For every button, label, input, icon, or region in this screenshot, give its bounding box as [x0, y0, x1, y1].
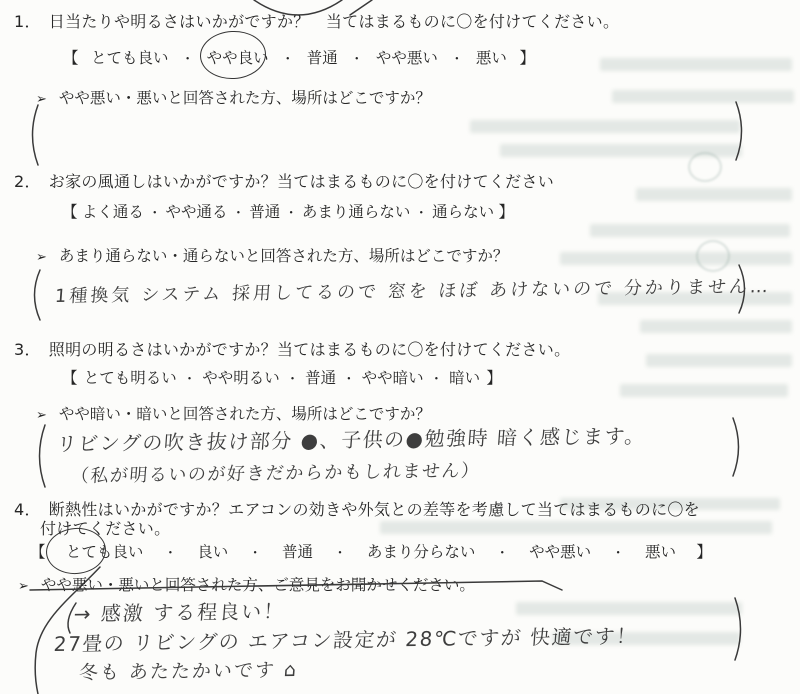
bleedthrough-text-smudge — [640, 320, 792, 333]
option-separator-dot: ・ — [285, 202, 298, 221]
option-q1-yaya-warui: やや悪い — [376, 46, 438, 68]
question-3-title: 3．照明の明るさはいかがですか？当てはまるものに〇を付けてください。 — [14, 337, 570, 360]
option-q4-amari-wakaranai: あまり分らない — [367, 540, 476, 562]
option-q4-warui: 悪い — [645, 540, 676, 562]
option-q1-warui: 悪い — [476, 46, 507, 68]
option-q4-futsuu: 普通 — [282, 540, 313, 562]
bleedthrough-text-smudge — [612, 90, 794, 103]
options-open-bracket: 【 — [30, 540, 46, 562]
handwritten-answer-q4-line1: → 感激 する程良い！ — [73, 595, 287, 627]
options-open-bracket: 【 — [63, 46, 79, 68]
option-separator-dot: ・ — [333, 542, 346, 561]
option-separator-dot: ・ — [450, 48, 463, 67]
bleedthrough-text-smudge — [646, 354, 792, 367]
question-4-options-row: 【 とても良い ・ 良い ・ 普通 ・ あまり分らない ・ やや悪い ・ 悪い … — [30, 540, 712, 562]
option-separator-dot: ・ — [281, 48, 294, 67]
bleedthrough-text-smudge — [636, 188, 792, 201]
option-separator-dot: ・ — [350, 48, 363, 67]
handwritten-answer-q4-line3: 冬も あたたかいです ⌂ — [78, 655, 299, 685]
question-3-number: 3． — [14, 340, 41, 359]
scanned-questionnaire-page: 1．日当たりや明るさはいかがですか？ 当てはまるものに〇を付けてください。 【 … — [0, 0, 800, 694]
followup-arrow-icon: ➢ — [36, 250, 47, 265]
option-separator-dot: ・ — [183, 368, 196, 387]
option-q2-amari-tooranai: あまり通らない — [302, 200, 411, 222]
question-2-followup-text: あまり通らない・通らないと回答された方、場所はどこですか？ — [59, 247, 509, 265]
option-separator-dot: ・ — [181, 48, 194, 67]
option-separator-dot: ・ — [286, 368, 299, 387]
options-open-bracket: 【 — [62, 366, 78, 388]
bleedthrough-text-smudge — [590, 224, 790, 237]
option-q3-yaya-kurai: やや暗い — [362, 366, 424, 388]
question-4-number: 4． — [14, 500, 41, 519]
option-q2-yaya-tooru: やや通る — [166, 200, 228, 222]
bleedthrough-text-smudge — [516, 602, 742, 615]
option-separator-dot: ・ — [612, 542, 625, 561]
option-separator-dot: ・ — [249, 542, 262, 561]
question-1-options-row: 【 とても良い ・ やや良い ・ 普通 ・ やや悪い ・ 悪い 】 — [63, 46, 535, 68]
options-open-bracket: 【 — [62, 200, 78, 222]
option-separator-dot: ・ — [430, 368, 443, 387]
question-3-options-row: 【 とても明るい ・ やや明るい ・ 普通 ・ やや暗い ・ 暗い 】 — [62, 366, 502, 388]
option-q3-yaya-akarui: やや明るい — [202, 366, 280, 388]
option-q3-futsuu: 普通 — [305, 366, 336, 388]
option-q2-futsuu: 普通 — [249, 200, 280, 222]
option-separator-dot: ・ — [415, 202, 428, 221]
option-q2-yoku-tooru: よく通る — [82, 200, 144, 222]
answer-bracket-right-q4 — [733, 597, 747, 661]
question-3-followup: ➢やや暗い・暗いと回答された方、場所はどこですか？ — [36, 402, 431, 424]
options-close-bracket: 】 — [486, 366, 502, 388]
option-q1-totemo-yoi: とても良い — [91, 46, 169, 68]
options-close-bracket: 】 — [696, 540, 712, 562]
question-1-number: 1． — [14, 12, 41, 31]
options-close-bracket: 】 — [498, 200, 514, 222]
question-2-number: 2． — [14, 172, 41, 191]
option-separator-dot: ・ — [148, 202, 161, 221]
option-separator-dot: ・ — [164, 542, 177, 561]
strikethrough-line-q4 — [24, 574, 574, 596]
option-q4-yoi: 良い — [197, 540, 228, 562]
question-1-followup: ➢やや悪い・悪いと回答された方、場所はどこですか？ — [36, 86, 431, 108]
option-q2-tooranai: 通らない — [432, 200, 494, 222]
handwritten-answer-q3-line2: （私が明るいのが好きだからかもしれません） — [70, 456, 481, 488]
option-separator-dot: ・ — [496, 542, 509, 561]
answer-bracket-right-q1 — [734, 101, 748, 161]
followup-arrow-icon: ➢ — [36, 408, 47, 423]
question-3-text: 照明の明るさはいかがですか？当てはまるものに〇を付けてください。 — [49, 340, 571, 359]
selection-circle-q1 — [199, 29, 267, 80]
bleedthrough-circle-smudge — [688, 152, 722, 182]
answer-bracket-left-q3 — [33, 424, 47, 488]
bleedthrough-text-smudge — [600, 58, 792, 71]
question-1-title: 1．日当たりや明るさはいかがですか？ 当てはまるものに〇を付けてください。 — [14, 9, 619, 32]
question-1-followup-text: やや悪い・悪いと回答された方、場所はどこですか？ — [59, 89, 431, 107]
question-2-followup: ➢あまり通らない・通らないと回答された方、場所はどこですか？ — [36, 244, 508, 266]
bleedthrough-text-smudge — [380, 521, 772, 534]
answer-bracket-right-q3 — [731, 417, 745, 477]
answer-bracket-left-q1 — [26, 104, 40, 166]
option-separator-dot: ・ — [232, 202, 245, 221]
answer-bracket-left-q2 — [28, 269, 42, 321]
option-q3-kurai: 暗い — [449, 366, 480, 388]
option-q4-yaya-warui: やや悪い — [529, 540, 591, 562]
options-close-bracket: 】 — [519, 46, 535, 68]
bleedthrough-text-smudge — [620, 384, 788, 397]
question-2-text: お家の風通しはいかがですか？当てはまるものに〇を付けてください — [49, 172, 554, 191]
handwritten-answer-q3-line1: リビングの吹き抜け部分 ●、子供の●勉強時 暗く感じます。 — [56, 420, 647, 457]
question-3-followup-text: やや暗い・暗いと回答された方、場所はどこですか？ — [59, 405, 431, 423]
question-1-text: 日当たりや明るさはいかがですか？ 当てはまるものに〇を付けてください。 — [49, 12, 620, 31]
question-2-options-row: 【 よく通る ・ やや通る ・ 普通 ・ あまり通らない ・ 通らない 】 — [62, 200, 514, 222]
option-q1-futsuu: 普通 — [307, 46, 338, 68]
option-separator-dot: ・ — [342, 368, 355, 387]
bleedthrough-text-smudge — [560, 252, 792, 265]
question-2-title: 2．お家の風通しはいかがですか？当てはまるものに〇を付けてください — [14, 169, 554, 192]
option-q3-totemo-akarui: とても明るい — [84, 366, 177, 388]
bleedthrough-text-smudge — [470, 120, 740, 133]
